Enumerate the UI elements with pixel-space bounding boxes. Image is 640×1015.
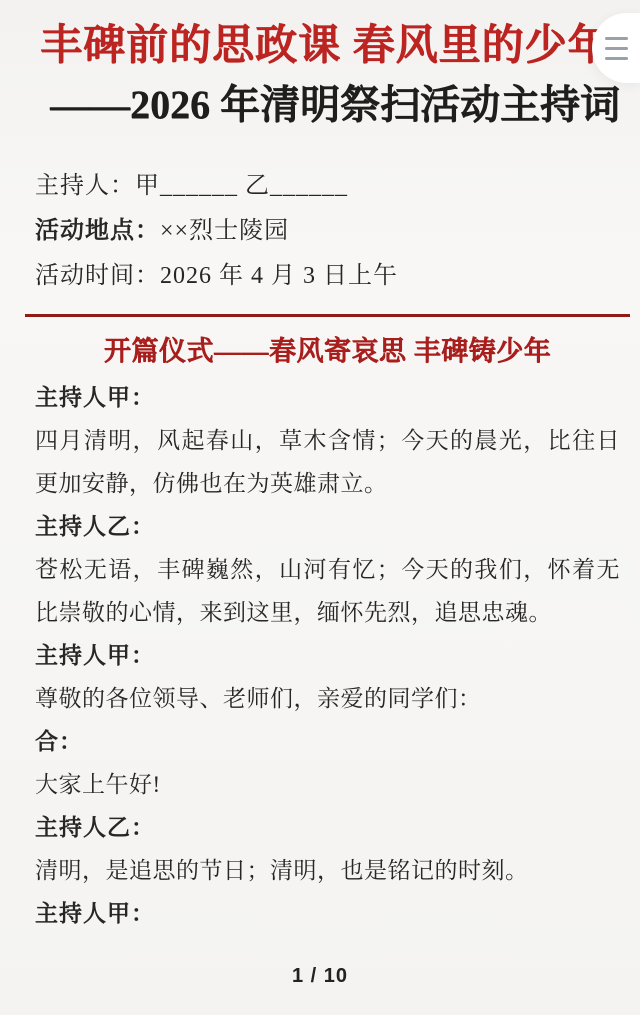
hamburger-bar — [605, 47, 628, 50]
speaker-label: 主持人甲： — [35, 376, 620, 419]
section-heading: 开篇仪式——春风寄哀思 丰碑铸少年 — [35, 335, 620, 367]
doc-title: 丰碑前的思政课 春风里的少年志 — [40, 0, 620, 70]
hamburger-icon — [605, 37, 628, 60]
speaker-label: 主持人乙： — [35, 505, 620, 548]
speaker-label: 合： — [35, 720, 620, 763]
hamburger-bar — [605, 37, 628, 40]
meta-location-line: 活动地点：××烈士陵园 — [35, 209, 620, 254]
red-divider — [25, 314, 630, 317]
speaker-label: 主持人甲： — [35, 634, 620, 677]
dialogue-paragraph: 尊敬的各位领导、老师们，亲爱的同学们： — [35, 677, 620, 720]
speaker-label: 主持人甲： — [35, 892, 620, 935]
meta-section: 主持人：甲______ 乙______ 活动地点：××烈士陵园 活动时间：202… — [35, 164, 620, 299]
doc-subtitle: ——2026 年清明祭扫活动主持词 — [35, 82, 620, 128]
meta-location-value: ××烈士陵园 — [160, 218, 289, 244]
dialogue-script: 主持人甲： 四月清明，风起春山，草木含情；今天的晨光，比往日更加安静，仿佛也在为… — [35, 376, 620, 935]
dialogue-paragraph: 清明，是追思的节日；清明，也是铭记的时刻。 — [35, 849, 620, 892]
hamburger-bar — [605, 57, 628, 60]
dialogue-paragraph: 苍松无语，丰碑巍然，山河有忆；今天的我们，怀着无比崇敬的心情，来到这里，缅怀先烈… — [35, 548, 620, 634]
page-indicator: 1 / 10 — [0, 965, 640, 988]
dialogue-paragraph: 四月清明，风起春山，草木含情；今天的晨光，比往日更加安静，仿佛也在为英雄肃立。 — [35, 419, 620, 505]
meta-hosts-line: 主持人：甲______ 乙______ — [35, 164, 620, 209]
meta-location-label: 活动地点： — [35, 218, 160, 244]
speaker-label: 主持人乙： — [35, 806, 620, 849]
meta-time-line: 活动时间：2026 年 4 月 3 日上午 — [35, 254, 620, 299]
dialogue-paragraph: 大家上午好! — [35, 763, 620, 806]
document-page: 丰碑前的思政课 春风里的少年志 ——2026 年清明祭扫活动主持词 主持人：甲_… — [0, 0, 640, 935]
